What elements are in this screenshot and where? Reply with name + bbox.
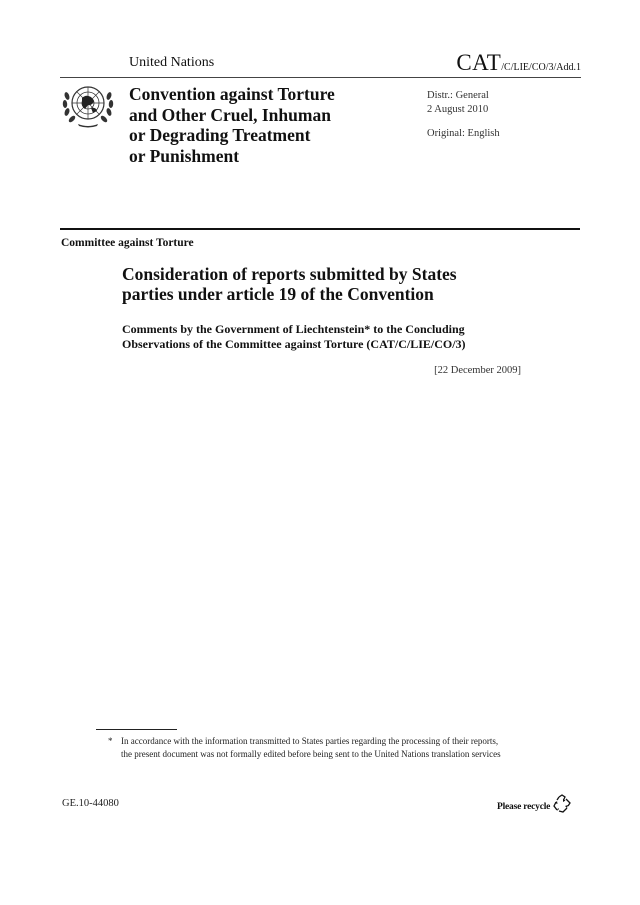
un-emblem-icon — [61, 82, 115, 128]
convention-title: Convention against Torture and Other Cru… — [129, 84, 335, 166]
document-symbol-main: CAT — [456, 50, 501, 75]
footnote-rule — [96, 729, 177, 730]
recycle-icon — [550, 793, 573, 820]
document-symbol: CAT/C/LIE/CO/3/Add.1 — [456, 50, 581, 76]
main-title-line: parties under article 19 of the Conventi… — [122, 284, 457, 304]
subtitle-line: Comments by the Government of Liechtenst… — [122, 322, 466, 337]
footnote: * In accordance with the information tra… — [108, 735, 508, 760]
footnote-text: In accordance with the information trans… — [108, 735, 508, 760]
header-rule — [60, 77, 581, 78]
section-rule — [60, 228, 580, 230]
footnote-mark: * — [108, 735, 113, 748]
submission-date: [22 December 2009] — [434, 365, 521, 376]
recycle-label: Please recycle — [497, 802, 550, 812]
convention-title-line: and Other Cruel, Inhuman — [129, 105, 335, 126]
subtitle-line: Observations of the Committee against To… — [122, 337, 466, 352]
organization-name: United Nations — [129, 55, 214, 71]
convention-title-line: or Punishment — [129, 146, 335, 167]
convention-title-line: Convention against Torture — [129, 84, 335, 105]
original-language: Original: English — [427, 127, 500, 141]
committee-name: Committee against Torture — [61, 237, 194, 249]
distribution-status: Distr.: General — [427, 89, 500, 103]
subtitle: Comments by the Government of Liechtenst… — [122, 322, 466, 352]
main-title: Consideration of reports submitted by St… — [122, 264, 457, 304]
distribution-info: Distr.: General 2 August 2010 Original: … — [427, 89, 500, 141]
document-symbol-suffix: /C/LIE/CO/3/Add.1 — [501, 62, 581, 73]
distribution-date: 2 August 2010 — [427, 103, 500, 117]
recycle-notice: Please recycle — [497, 793, 573, 820]
main-title-line: Consideration of reports submitted by St… — [122, 264, 457, 284]
convention-title-line: or Degrading Treatment — [129, 125, 335, 146]
job-number: GE.10-44080 — [62, 798, 119, 809]
